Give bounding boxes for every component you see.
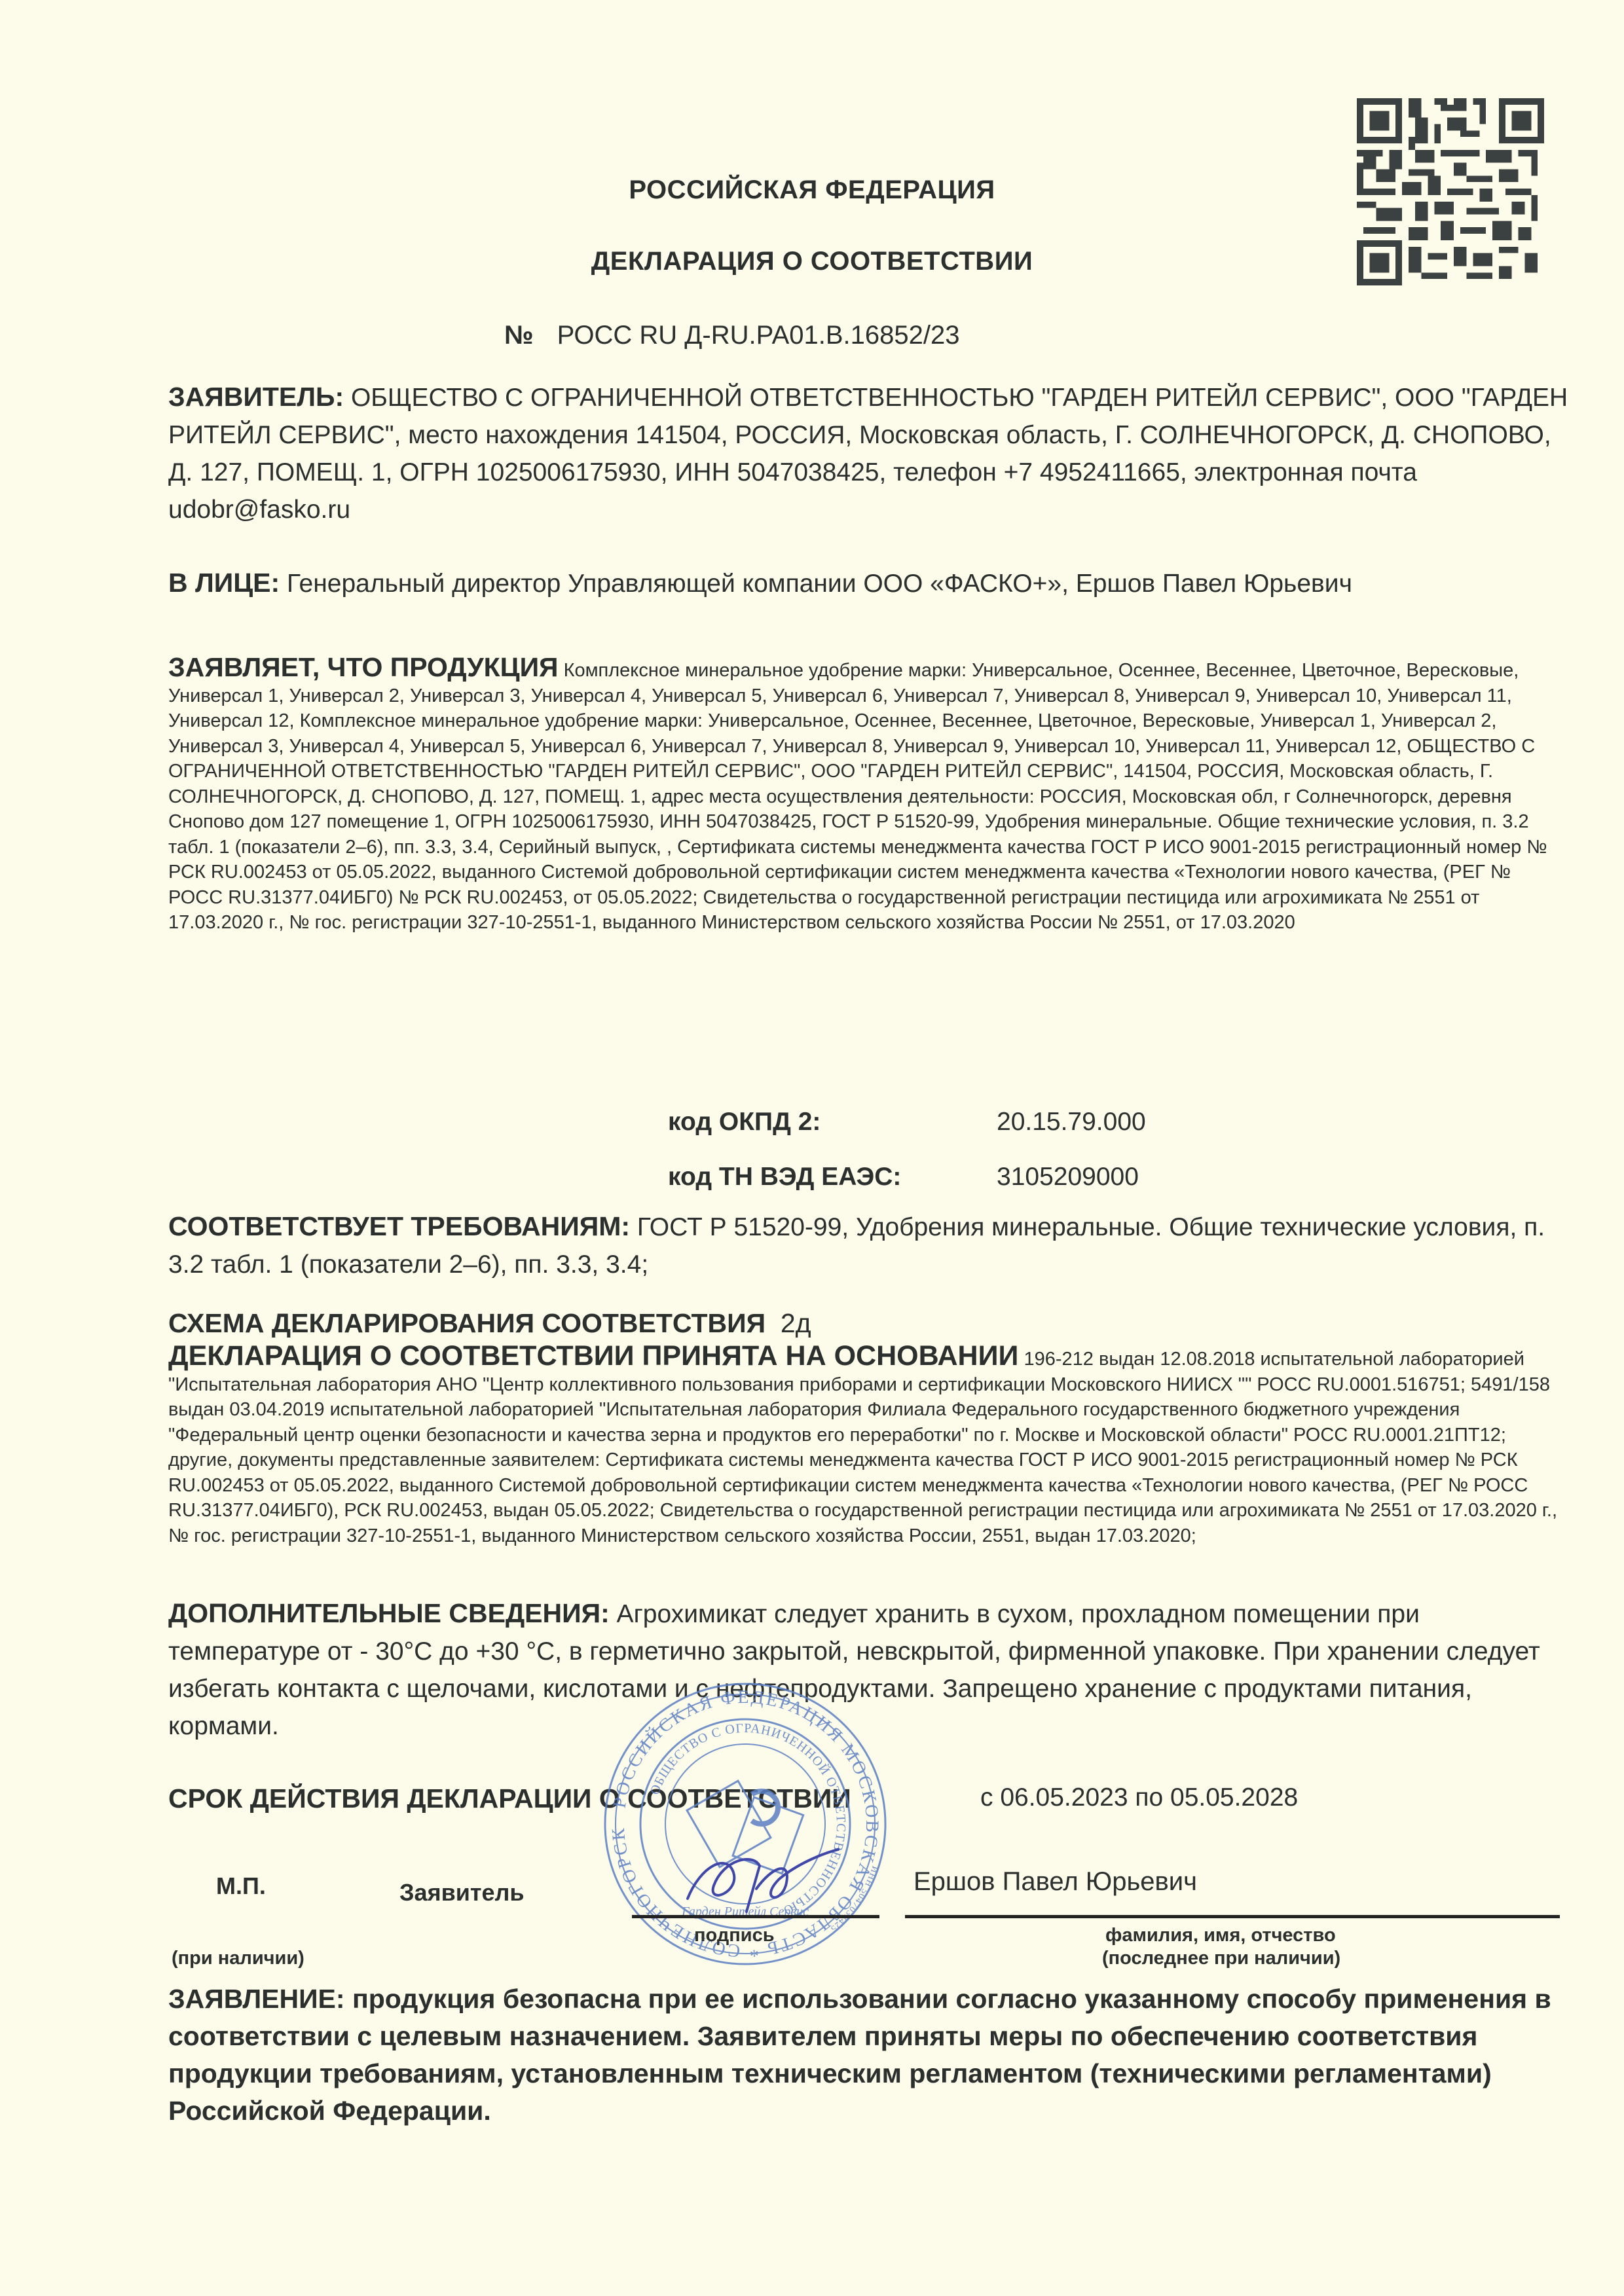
validity-dates: с 06.05.2023 по 05.05.2028: [980, 1783, 1298, 1812]
scheme-section: СХЕМА ДЕКЛАРИРОВАНИЯ СООТВЕТСТВИЯ 2д: [168, 1308, 1570, 1339]
name-note: (последнее при наличии): [1102, 1948, 1340, 1969]
applicant-sign-label: Заявитель: [399, 1879, 525, 1906]
signature-caption: подпись: [694, 1925, 775, 1946]
product-label: ЗАЯВЛЯЕТ, ЧТО ПРОДУКЦИЯ: [168, 652, 559, 682]
name-line: [905, 1915, 1560, 1918]
scheme-value: 2д: [781, 1308, 811, 1338]
statement-section: ЗАЯВЛЕНИЕ: продукция безопасна при ее ис…: [168, 1980, 1557, 2130]
represented-by-text: Генеральный директор Управляющей компани…: [280, 570, 1352, 598]
applicant-section: ЗАЯВИТЕЛЬ: ОБЩЕСТВО С ОГРАНИЧЕННОЙ ОТВЕТ…: [168, 378, 1570, 528]
basis-section: ДЕКЛАРАЦИЯ О СООТВЕТСТВИИ ПРИНЯТА НА ОСН…: [168, 1343, 1570, 1548]
scheme-label: СХЕМА ДЕКЛАРИРОВАНИЯ СООТВЕТСТВИЯ: [168, 1308, 766, 1338]
country-title: РОССИЙСКАЯ ФЕДЕРАЦИЯ: [0, 175, 1624, 205]
number-sign: №: [504, 321, 534, 350]
number-value: РОСС RU Д-RU.РА01.В.16852/23: [557, 321, 960, 350]
statement-text: продукция безопасна при ее использовании…: [168, 1984, 1551, 2126]
basis-label: ДЕКЛАРАЦИЯ О СООТВЕТСТВИИ ПРИНЯТА НА ОСН…: [168, 1340, 1018, 1372]
represented-by-label: В ЛИЦЕ:: [168, 568, 280, 598]
okpd-value: 20.15.79.000: [997, 1108, 1146, 1137]
tnved-label: код ТН ВЭД ЕАЭС:: [668, 1163, 901, 1192]
represented-by-section: В ЛИЦЕ: Генеральный директор Управляющей…: [168, 564, 1570, 602]
signer-name: Ершов Павел Юрьевич: [913, 1867, 1197, 1897]
product-text: Комплексное минеральное удобрение марки:…: [168, 660, 1547, 933]
declaration-number: №РОСС RU Д-RU.РА01.В.16852/23: [504, 321, 960, 350]
mp-label: М.П.: [216, 1872, 266, 1900]
additional-info-label: ДОПОЛНИТЕЛЬНЫЕ СВЕДЕНИЯ:: [168, 1598, 610, 1628]
applicant-label: ЗАЯВИТЕЛЬ:: [168, 382, 344, 412]
tnved-value: 3105209000: [997, 1163, 1139, 1192]
applicant-text: ОБЩЕСТВО С ОГРАНИЧЕННОЙ ОТВЕТСТВЕННОСТЬЮ…: [168, 384, 1568, 524]
product-section: ЗАЯВЛЯЕТ, ЧТО ПРОДУКЦИЯ Комплексное мине…: [168, 655, 1570, 936]
basis-text: 196-212 выдан 12.08.2018 испытательной л…: [168, 1349, 1557, 1546]
conformity-section: СООТВЕТСТВУЕТ ТРЕБОВАНИЯМ: ГОСТ Р 51520-…: [168, 1208, 1570, 1283]
statement-label: ЗАЯВЛЕНИЕ:: [168, 1984, 345, 2014]
signature-line: [632, 1915, 879, 1918]
name-caption: фамилия, имя, отчество: [1105, 1925, 1336, 1946]
handwritten-signature-icon: [674, 1827, 845, 1925]
conformity-label: СООТВЕТСТВУЕТ ТРЕБОВАНИЯМ:: [168, 1211, 630, 1241]
document-title: ДЕКЛАРАЦИЯ О СООТВЕТСТВИИ: [0, 247, 1624, 276]
mp-note: (при наличии): [172, 1948, 304, 1969]
okpd-label: код ОКПД 2:: [668, 1108, 821, 1137]
